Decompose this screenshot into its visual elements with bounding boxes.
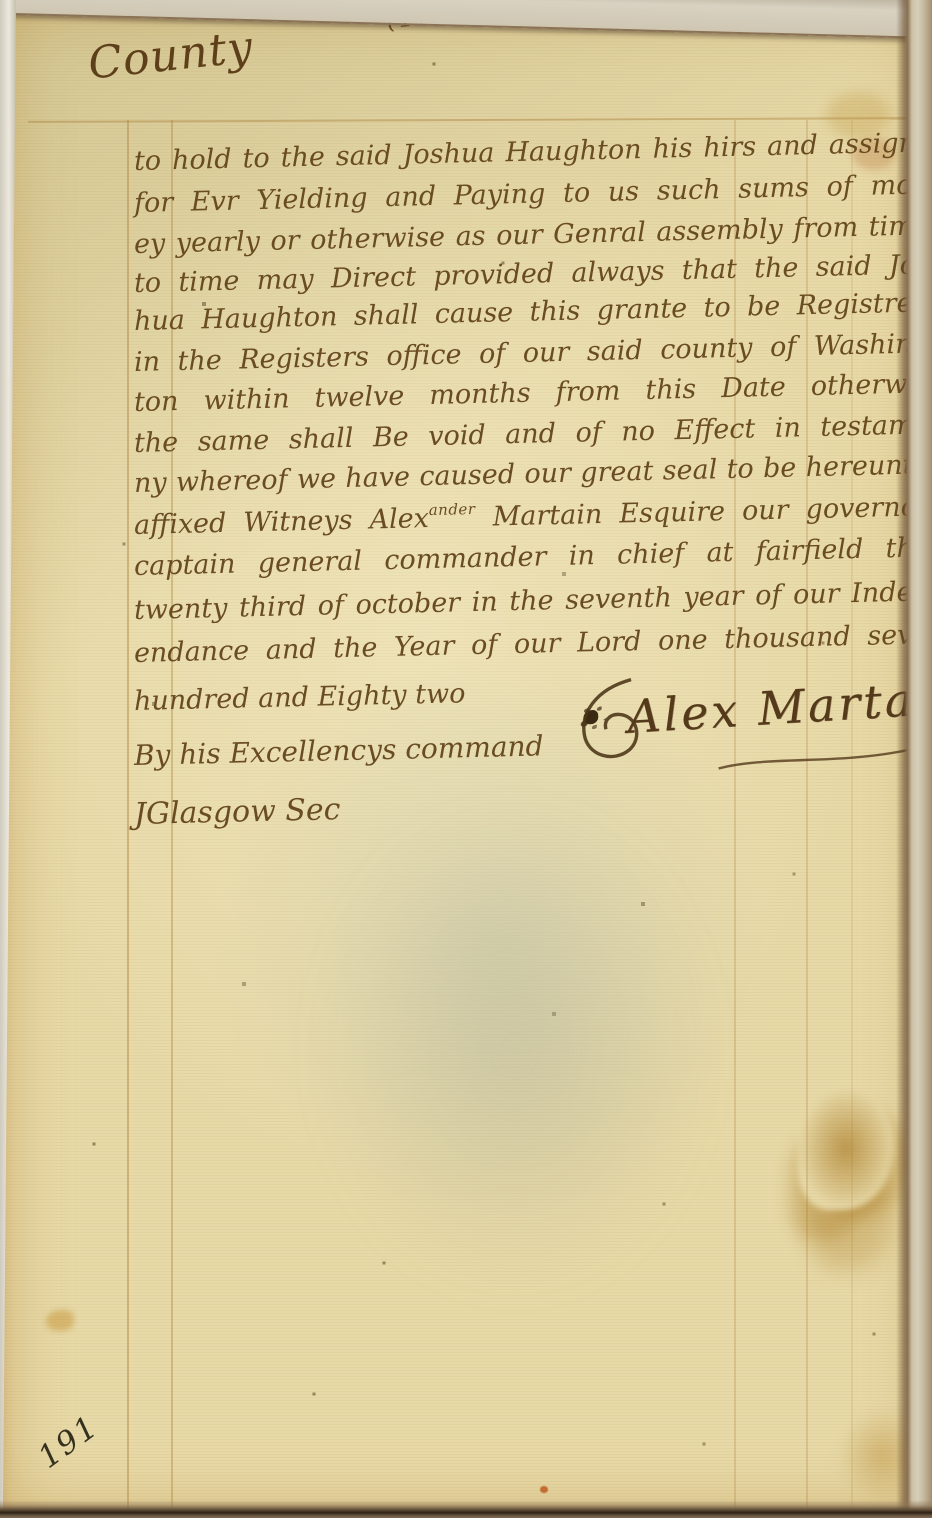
command-line: By his Excellencys command (134, 729, 544, 772)
bottom-page-number: 191 (32, 1408, 106, 1475)
top-rule-line (28, 117, 914, 123)
manuscript-line: ton within twelve months from this Date … (134, 368, 931, 418)
manuscript-line: captain general commander in chief at fa… (134, 532, 931, 582)
stain (540, 1486, 548, 1493)
witness-pre: affixed Witneys Alex (134, 503, 430, 541)
manuscript-line: twenty third of october in the seventh y… (134, 576, 931, 626)
manuscript-line: to hold to the said Joshua Haughton his … (134, 127, 931, 177)
paper-background: (171) County to hold to the said Joshua … (0, 0, 932, 1518)
stain (46, 1310, 74, 1331)
manuscript-line: for Evr Yielding and Paying to us such s… (134, 169, 931, 219)
signature-text: Alex Martain (626, 669, 932, 744)
manuscript-scan: (171) County to hold to the said Joshua … (0, 0, 932, 1518)
witness-superscript: ander (429, 500, 476, 519)
manuscript-line-witness: affixed Witneys Alexander Martain Esquir… (134, 489, 931, 541)
signature-underline-icon (714, 742, 915, 776)
stain (290, 770, 740, 1330)
manuscript-line: hundred and Eighty two (134, 678, 466, 717)
left-margin-line (127, 120, 129, 1508)
right-margin-line (734, 120, 736, 1508)
right-margin-line-2 (806, 120, 808, 1508)
county-heading: County (86, 21, 256, 89)
right-margin-line-3 (851, 120, 853, 1508)
secretary-line: JGlasgow Sec (134, 792, 341, 832)
stain (798, 1088, 894, 1210)
witness-post: Martain Esquire our governor (475, 491, 930, 533)
governor-signature: Alex Martain (579, 653, 932, 794)
book-right-edge (896, 0, 932, 1518)
book-bottom-edge (0, 1500, 932, 1518)
